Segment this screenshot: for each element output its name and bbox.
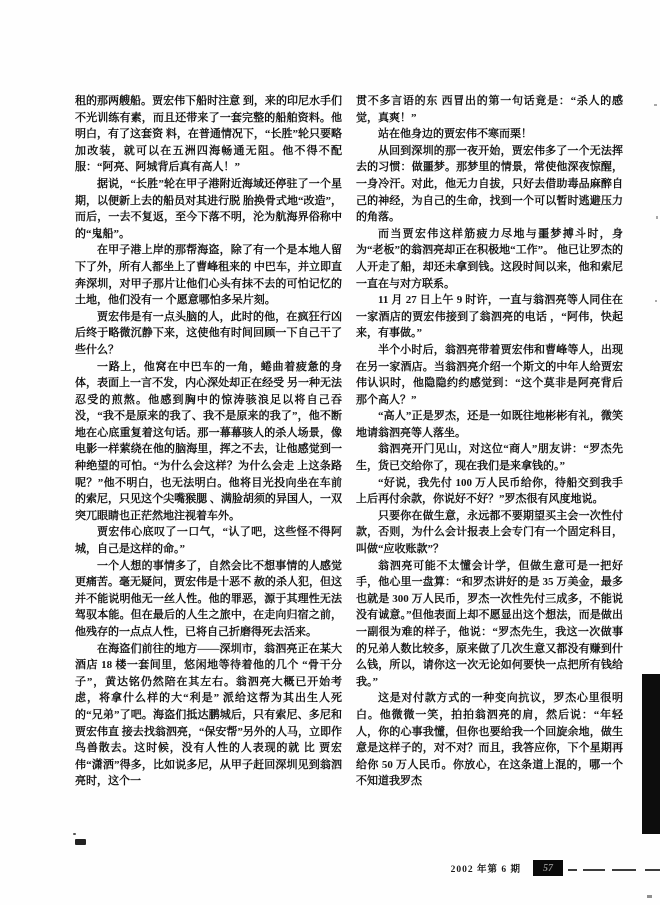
- footer-rule-dash: [568, 869, 577, 871]
- scan-speck: [655, 300, 657, 302]
- footer-rule-dash: [612, 869, 636, 871]
- paragraph: 贯不多言语的东 西冒出的第一句话竟是：“杀人的感觉，真爽！”: [356, 93, 623, 126]
- footer-rule-dash: [645, 869, 660, 871]
- text-columns: 租的那两艘船。贾宏伟下船时注意 到，来的印尼水手们不光训练有素，而且还带来了一套…: [75, 93, 623, 790]
- paragraph: 11 月 27 日上午 9 时许，一直与翁泗亮等人同住在一家酒店的贾宏伟接到了翁…: [356, 292, 623, 342]
- paragraph: 据说，“长胜”轮在甲子港附近海域还停驻了一个星期，以便新上去的船员对其进行脱 胎…: [75, 176, 342, 242]
- scan-smudge: [75, 839, 86, 845]
- paragraph: “好说，我先付 100 万人民币给你，待船交到我手上后再付余款，你说好不好？”罗…: [356, 475, 623, 508]
- paragraph: 翁泗亮可能不太懂会计学，但做生意可是一把好手，他心里一盘算：“和罗杰讲好的是 3…: [356, 558, 623, 691]
- footer-rule-dash: [583, 869, 605, 871]
- scan-speck: [654, 104, 657, 106]
- scan-speck: [656, 216, 658, 219]
- page-footer: 2002 年第 6 期 57: [0, 860, 563, 876]
- page-number: 57: [543, 863, 553, 874]
- column-left: 租的那两艘船。贾宏伟下船时注意 到，来的印尼水手们不光训练有素，而且还带来了一套…: [75, 93, 342, 790]
- paragraph: 一路上，他窝在中巴车的一角，蜷曲着疲惫的身体，表面上一言不发，内心深处却正在经受…: [75, 359, 342, 525]
- paragraph: 租的那两艘船。贾宏伟下船时注意 到，来的印尼水手们不光训练有素，而且还带来了一套…: [75, 93, 342, 176]
- paragraph: 一个人想的事情多了，自然会比不想事情的人感觉更痛苦。毫无疑问，贾宏伟是十恶不 赦…: [75, 558, 342, 641]
- paragraph: 贾宏伟心底叹了一口气，“认了吧，这些怪不得阿城，自己是这样的命。”: [75, 524, 342, 557]
- paragraph: 贾宏伟是有一点头脑的人，此时的他，在疯狂行凶后终于略微沉静下来，这使他有时间回顾…: [75, 309, 342, 359]
- paragraph: 只要你在做生意，永远都不要期望买主会一次性付款，否则，为什么会计报表上会专门有一…: [356, 508, 623, 558]
- scan-speck: [647, 895, 652, 898]
- scanned-magazine-page: 租的那两艘船。贾宏伟下船时注意 到，来的印尼水手们不光训练有素，而且还带来了一套…: [0, 0, 660, 905]
- paragraph: 半个小时后，翁泗亮带着贾宏伟和曹峰等人，出现在另一家酒店。当翁泗亮介绍一个斯文的…: [356, 342, 623, 408]
- scan-smudge: [73, 833, 76, 835]
- paragraph: 翁泗亮开门见山，对这位“商人”朋友讲：“罗杰先生，货已交给你了，现在我们是来拿钱…: [356, 441, 623, 474]
- paragraph: 而当贾宏伟这样筋疲力尽地与噩梦搏斗时，身为“老板”的翁泗亮却正在积极地“工作”。…: [356, 226, 623, 292]
- column-right: 贯不多言语的东 西冒出的第一句话竟是：“杀人的感觉，真爽！”站在他身边的贾宏伟不…: [356, 93, 623, 790]
- issue-label: 2002 年第 6 期: [451, 861, 521, 875]
- paragraph: 从回到深圳的那一夜开始，贾宏伟多了一个无法挥去的习惯：做噩梦。那梦里的情景，常使…: [356, 143, 623, 226]
- paragraph: 在甲子港上岸的那帮海盗，除了有一个是本地人留下了外，所有人都坐上了曹峰租来的 中…: [75, 242, 342, 308]
- paragraph: 这是对付款方式的一种变向抗议，罗杰心里很明白。他微微一笑，拍拍翁泗亮的肩，然后说…: [356, 690, 623, 790]
- paragraph: “高人”正是罗杰，还是一如既往地彬彬有礼，微笑地请翁泗亮等人落坐。: [356, 408, 623, 441]
- right-edge-black-bar: [642, 674, 660, 834]
- paragraph: 站在他身边的贾宏伟不寒而栗！: [356, 126, 623, 143]
- paragraph: 在海盗们前往的地方——深圳市，翁泗亮正在某大酒店 18 楼一套间里，悠闲地等待着…: [75, 641, 342, 790]
- page-number-box: 57: [533, 860, 563, 876]
